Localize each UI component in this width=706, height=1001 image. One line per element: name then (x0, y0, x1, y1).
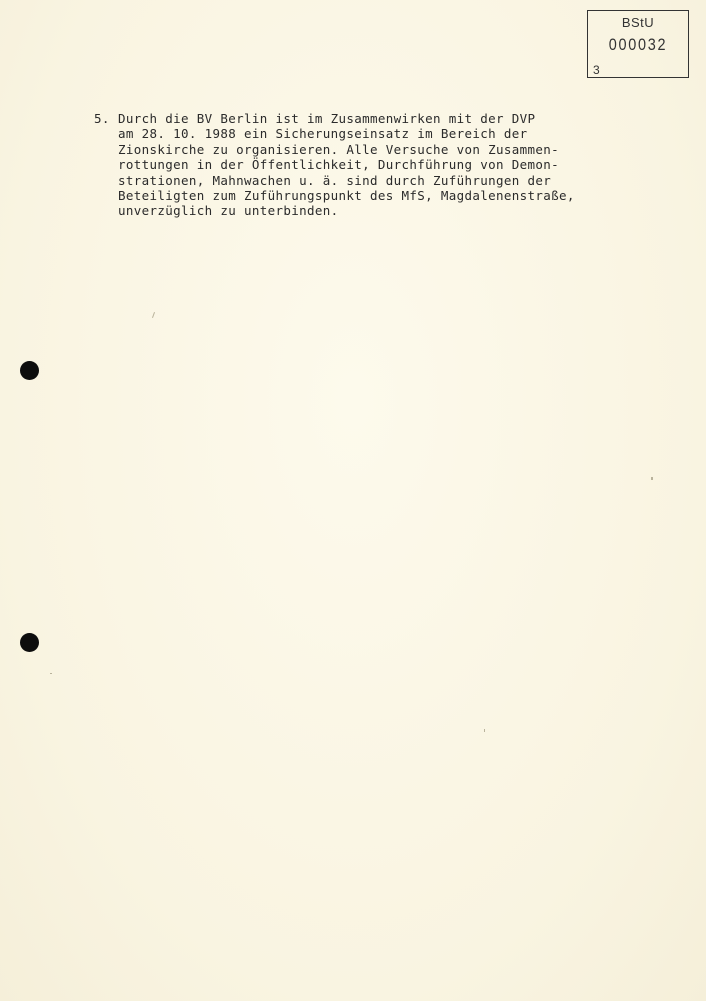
punch-hole-bottom (20, 633, 39, 652)
page-number-underline (587, 77, 617, 78)
paragraph-text: Durch die BV Berlin ist im Zusammenwirke… (118, 111, 575, 219)
paragraph-number: 5. (94, 111, 118, 219)
archive-stamp: BStU 000032 (587, 10, 689, 78)
stamp-organization: BStU (588, 15, 688, 30)
punch-hole-top (20, 361, 39, 380)
numbered-paragraph: 5. Durch die BV Berlin ist im Zusammenwi… (94, 111, 654, 219)
paper-speck (484, 729, 485, 732)
text-line: Zionskirche zu organisieren. Alle Versuc… (118, 142, 575, 157)
stamp-document-number: 000032 (596, 35, 681, 55)
document-body: 5. Durch die BV Berlin ist im Zusammenwi… (94, 111, 654, 219)
text-line: Durch die BV Berlin ist im Zusammenwirke… (118, 111, 575, 126)
text-line: am 28. 10. 1988 ein Sicherungseinsatz im… (118, 126, 575, 141)
paper-speck (152, 312, 155, 318)
page-number: 3 (593, 64, 600, 76)
text-line: Beteiligten zum Zuführungspunkt des MfS,… (118, 188, 575, 203)
paper-speck (651, 477, 653, 480)
document-page: BStU 000032 3 5. Durch die BV Berlin ist… (0, 0, 706, 1001)
text-line: strationen, Mahnwachen u. ä. sind durch … (118, 173, 575, 188)
text-line: rottungen in der Öffentlichkeit, Durchfü… (118, 157, 575, 172)
text-line: unverzüglich zu unterbinden. (118, 203, 575, 218)
paper-speck (50, 673, 52, 674)
